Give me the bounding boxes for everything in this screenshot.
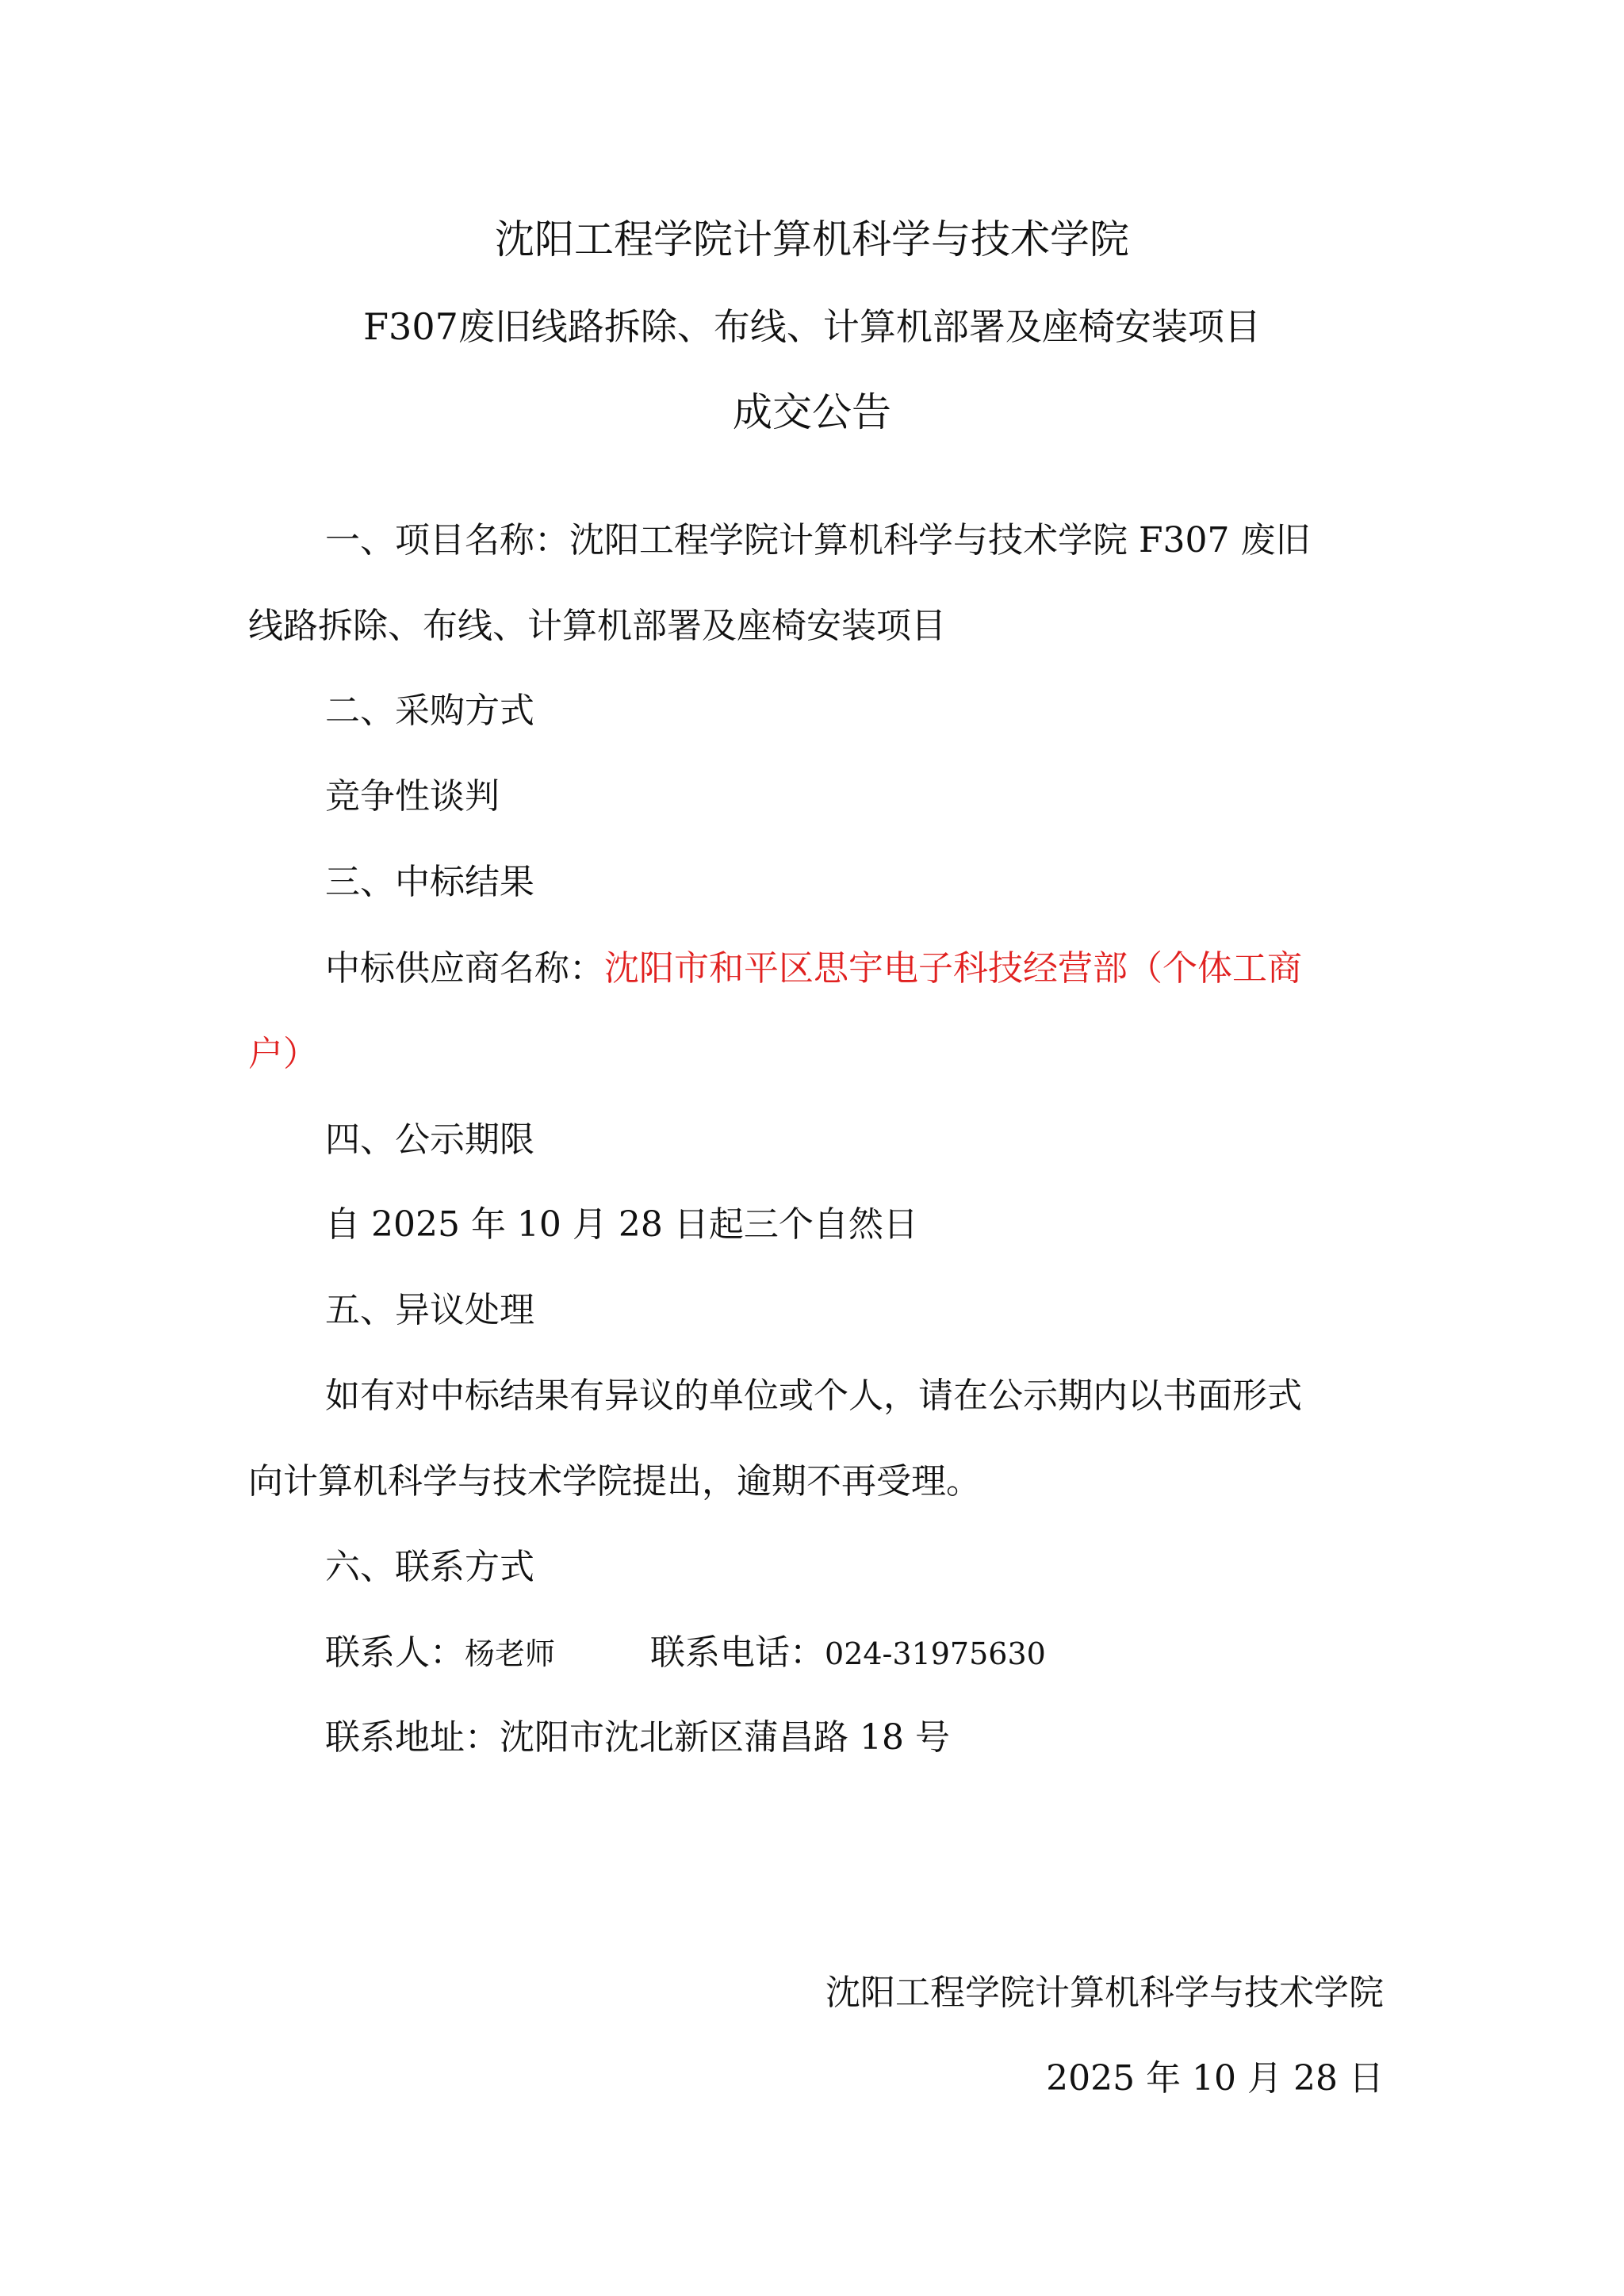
contact-phone-label: 联系电话：: [650, 1632, 825, 1673]
section-1-heading-line2: 线路拆除、布线、计算机部署及座椅安装项目: [248, 603, 946, 650]
project-title: F307废旧线路拆除、布线、计算机部署及座椅安装项目: [0, 303, 1624, 350]
objection-text-line2: 向计算机科学与技术学院提出，逾期不再受理。: [248, 1458, 981, 1506]
section-2-heading: 二、采购方式: [325, 687, 534, 735]
contact-line: 联系人：杨老师联系电话：024-31975630: [325, 1629, 1046, 1678]
contact-phone: 024-31975630: [825, 1636, 1046, 1671]
contact-address: 联系地址：沈阳市沈北新区蒲昌路 18 号: [325, 1714, 950, 1762]
winning-supplier-line1: 中标供应商名称：沈阳市和平区思宇电子科技经营部（个体工商: [325, 945, 1302, 993]
supplier-label: 中标供应商名称：: [325, 948, 604, 989]
contact-person-label: 联系人：: [325, 1632, 465, 1673]
publicity-period: 自 2025 年 10 月 28 日起三个自然日: [325, 1201, 918, 1249]
document-type-title: 成交公告: [0, 388, 1624, 436]
document-page: 沈阳工程学院计算机科学与技术学院 F307废旧线路拆除、布线、计算机部署及座椅安…: [0, 0, 1624, 2296]
section-5-heading: 五、异议处理: [325, 1287, 534, 1334]
contact-person-name: 杨老师: [465, 1636, 555, 1671]
supplier-name: 沈阳市和平区思宇电子科技经营部（个体工商: [604, 948, 1302, 989]
section-4-heading: 四、公示期限: [325, 1116, 534, 1164]
section-6-heading: 六、联系方式: [325, 1544, 534, 1591]
procurement-method: 竞争性谈判: [325, 773, 500, 821]
objection-text-line1: 如有对中标结果有异议的单位或个人，请在公示期内以书面形式: [325, 1372, 1302, 1420]
footer-org: 沈阳工程学院计算机科学与技术学院: [248, 1969, 1384, 2017]
winning-supplier-line2: 户）: [248, 1031, 318, 1078]
org-title: 沈阳工程学院计算机科学与技术学院: [0, 216, 1624, 263]
section-3-heading: 三、中标结果: [325, 859, 534, 906]
footer-date: 2025 年 10 月 28 日: [248, 2055, 1384, 2103]
section-1-heading-line1: 一、项目名称：沈阳工程学院计算机科学与技术学院 F307 废旧: [325, 517, 1310, 564]
